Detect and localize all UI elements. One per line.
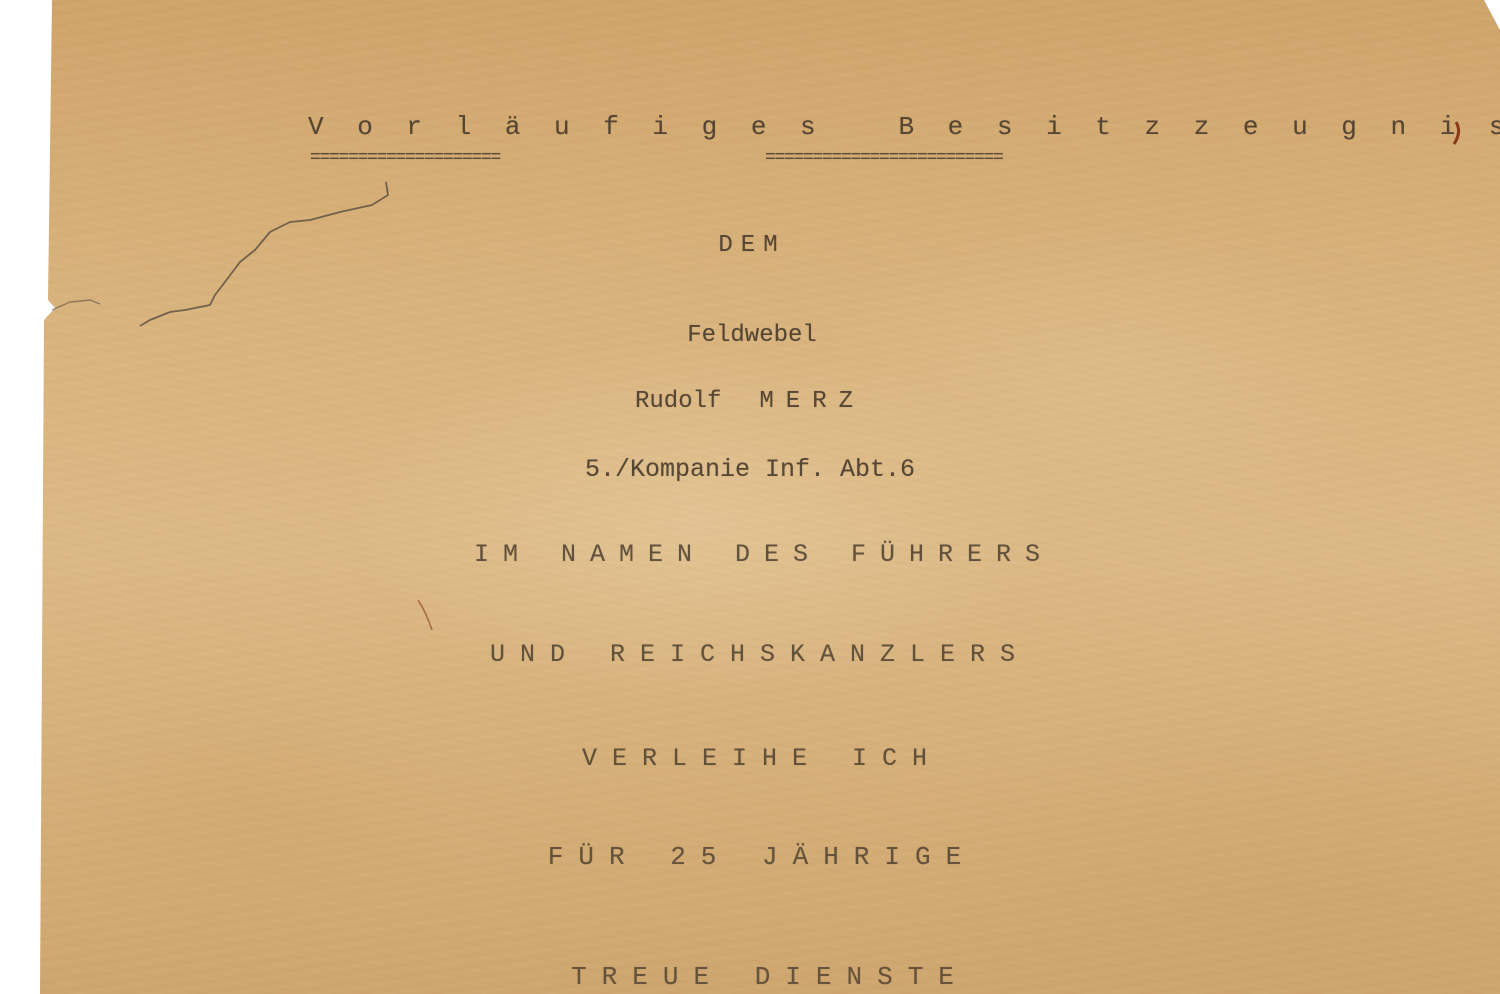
recipient-unit: 5./Kompanie Inf. Abt.6 xyxy=(0,455,1500,484)
body-line-3: VERLEIHE ICH xyxy=(12,744,1500,773)
recipient-rank: Feldwebel xyxy=(2,322,1500,349)
body-line-5: TREUE DIENSTE xyxy=(20,962,1500,992)
document-photo: V o r l ä u f i g e s B e s i t z z e u … xyxy=(0,0,1500,994)
recipient-surname: MERZ xyxy=(759,388,865,415)
body-line-4: FÜR 25 JÄHRIGE xyxy=(12,842,1500,872)
body-line-2: UND REICHSKANZLERS xyxy=(10,640,1500,669)
recipient-dem: DEM xyxy=(2,232,1500,259)
document-title: V o r l ä u f i g e s B e s i t z z e u … xyxy=(308,112,1500,142)
title-underline-right: ========================= xyxy=(765,148,1003,168)
recipient-name: RudolfMERZ xyxy=(0,388,1500,415)
title-underline-left: ==================== xyxy=(310,148,500,168)
body-line-1: IM NAMEN DES FÜHRERS xyxy=(14,540,1500,569)
recipient-first-name: Rudolf xyxy=(635,388,721,415)
